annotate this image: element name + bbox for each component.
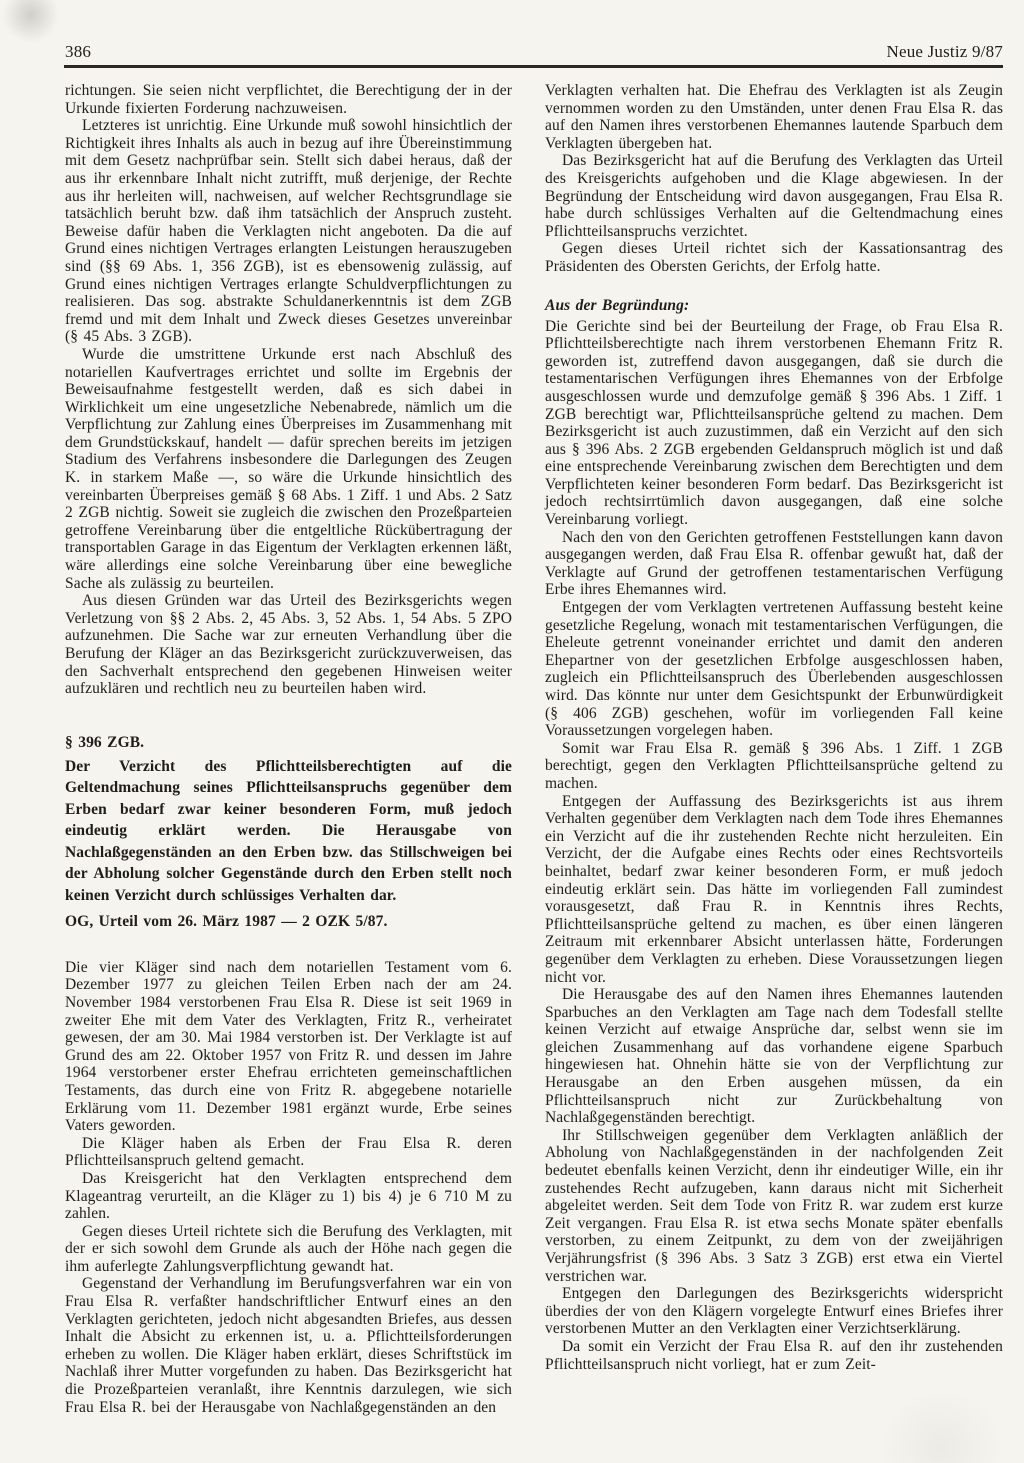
paragraph: Da somit ein Verzicht der Frau Elsa R. a… bbox=[545, 1338, 1003, 1373]
paragraph: Entgegen der Auffassung des Bezirksgeric… bbox=[545, 793, 1003, 987]
scanned-journal-page: { "header": { "page_number": "386", "jou… bbox=[0, 0, 1024, 1463]
statute-heading: § 396 ZGB. bbox=[65, 732, 512, 753]
paragraph: Aus diesen Gründen war das Urteil des Be… bbox=[65, 592, 512, 698]
paragraph: Letzteres ist unrichtig. Eine Urkunde mu… bbox=[65, 117, 512, 346]
case-reference: OG, Urteil vom 26. März 1987 — 2 OZK 5/8… bbox=[65, 911, 512, 933]
paragraph: Entgegen den Darlegungen des Bezirksgeri… bbox=[545, 1285, 1003, 1338]
paragraph: Die vier Kläger sind nach dem notarielle… bbox=[65, 959, 512, 1135]
paragraph: Das Bezirksgericht hat auf die Berufung … bbox=[545, 152, 1003, 240]
begruendung-heading: Aus der Begründung: bbox=[545, 296, 1003, 315]
header-rule bbox=[64, 65, 1003, 68]
paragraph: Ihr Stillschweigen gegenüber dem Verklag… bbox=[545, 1127, 1003, 1285]
headnote: Der Verzicht des Pflichtteilsberechtigte… bbox=[65, 756, 512, 907]
paragraph: Die Gerichte sind bei der Beurteilung de… bbox=[545, 318, 1003, 529]
paragraph: Entgegen der vom Verklagten vertretenen … bbox=[545, 599, 1003, 740]
paragraph: Das Kreisgericht hat den Verklagten ents… bbox=[65, 1170, 512, 1223]
paragraph: Gegen dieses Urteil richtet sich der Kas… bbox=[545, 240, 1003, 275]
page-number: 386 bbox=[65, 42, 91, 62]
paragraph: Die Kläger haben als Erben der Frau Elsa… bbox=[65, 1135, 512, 1170]
paragraph: Die Herausgabe des auf den Namen ihres E… bbox=[545, 986, 1003, 1127]
paragraph: Gegenstand der Verhandlung im Berufungsv… bbox=[65, 1275, 512, 1416]
right-column: Verklagten verhalten hat. Die Ehefrau de… bbox=[545, 82, 1003, 1416]
paragraph: Nach den von den Gerichten getroffenen F… bbox=[545, 529, 1003, 599]
paragraph: Verklagten verhalten hat. Die Ehefrau de… bbox=[545, 82, 1003, 152]
journal-title: Neue Justiz 9/87 bbox=[886, 42, 1003, 62]
page-header: 386 Neue Justiz 9/87 bbox=[65, 42, 1003, 62]
left-column: richtungen. Sie seien nicht verpflichtet… bbox=[65, 82, 512, 1416]
paragraph: Wurde die umstrittene Urkunde erst nach … bbox=[65, 346, 512, 592]
article-body: richtungen. Sie seien nicht verpflichtet… bbox=[65, 82, 1003, 1416]
paragraph: Somit war Frau Elsa R. gemäß § 396 Abs. … bbox=[545, 740, 1003, 793]
paragraph: richtungen. Sie seien nicht verpflichtet… bbox=[65, 82, 512, 117]
paragraph: Gegen dieses Urteil richtete sich die Be… bbox=[65, 1223, 512, 1276]
